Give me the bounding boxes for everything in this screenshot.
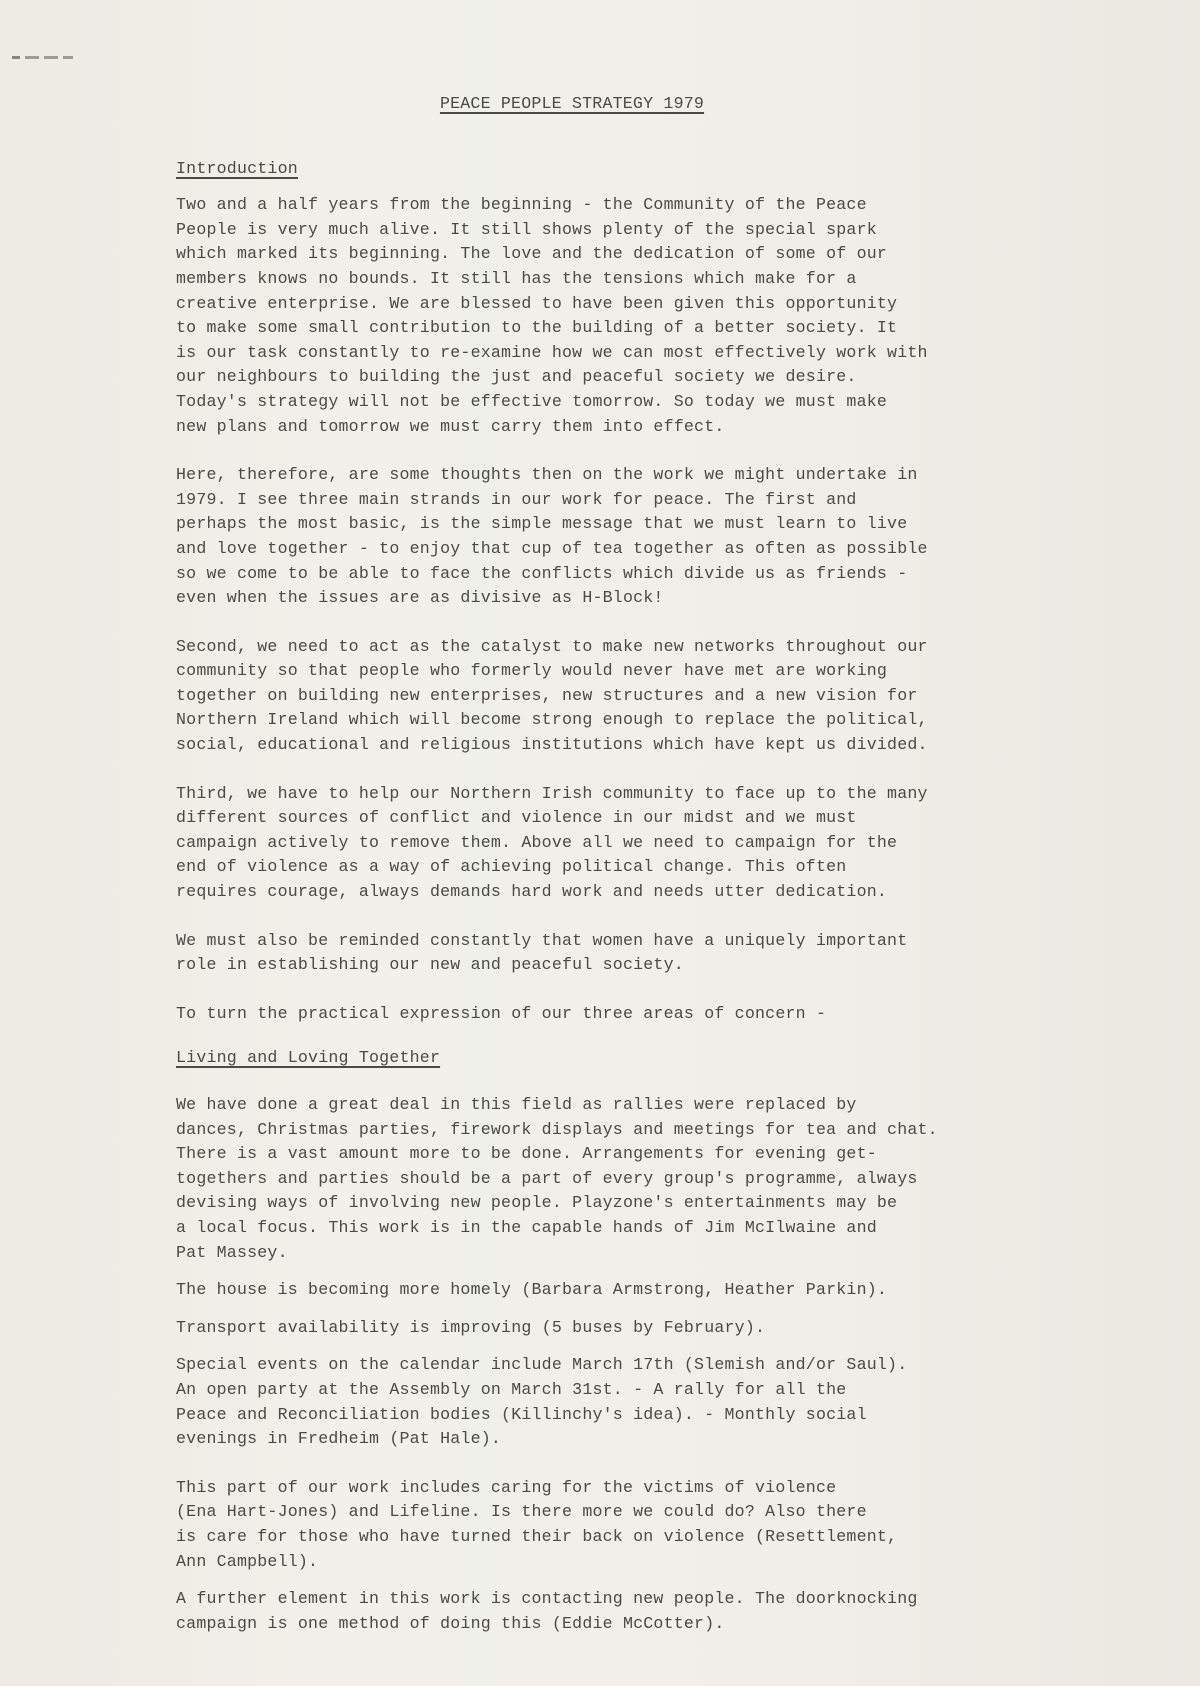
document-page: PEACE PEOPLE STRATEGY 1979 Introduction … (0, 0, 1200, 1686)
living-paragraph-4: Special events on the calendar include M… (176, 1353, 1106, 1451)
intro-paragraph-5: We must also be reminded constantly that… (176, 929, 1106, 978)
document-title: PEACE PEOPLE STRATEGY 1979 (0, 92, 1172, 117)
living-paragraph-2: The house is becoming more homely (Barba… (176, 1278, 1106, 1303)
intro-paragraph-3: Second, we need to act as the catalyst t… (176, 635, 1106, 758)
intro-paragraph-6: To turn the practical expression of our … (176, 1002, 1106, 1027)
archive-stamp-mark (12, 54, 96, 60)
section-heading-introduction: Introduction (176, 157, 1106, 182)
section-heading-living-and-loving: Living and Loving Together (176, 1046, 1106, 1071)
living-paragraph-5: This part of our work includes caring fo… (176, 1476, 1106, 1574)
typewritten-document: PEACE PEOPLE STRATEGY 1979 Introduction … (176, 92, 1106, 1660)
living-paragraph-3: Transport availability is improving (5 b… (176, 1316, 1106, 1341)
living-paragraph-6: A further element in this work is contac… (176, 1587, 1106, 1636)
document-title-text: PEACE PEOPLE STRATEGY 1979 (440, 94, 704, 113)
intro-paragraph-2: Here, therefore, are some thoughts then … (176, 463, 1106, 611)
living-paragraph-1: We have done a great deal in this field … (176, 1093, 1106, 1265)
intro-paragraph-1: Two and a half years from the beginning … (176, 193, 1106, 439)
intro-paragraph-4: Third, we have to help our Northern Iris… (176, 782, 1106, 905)
